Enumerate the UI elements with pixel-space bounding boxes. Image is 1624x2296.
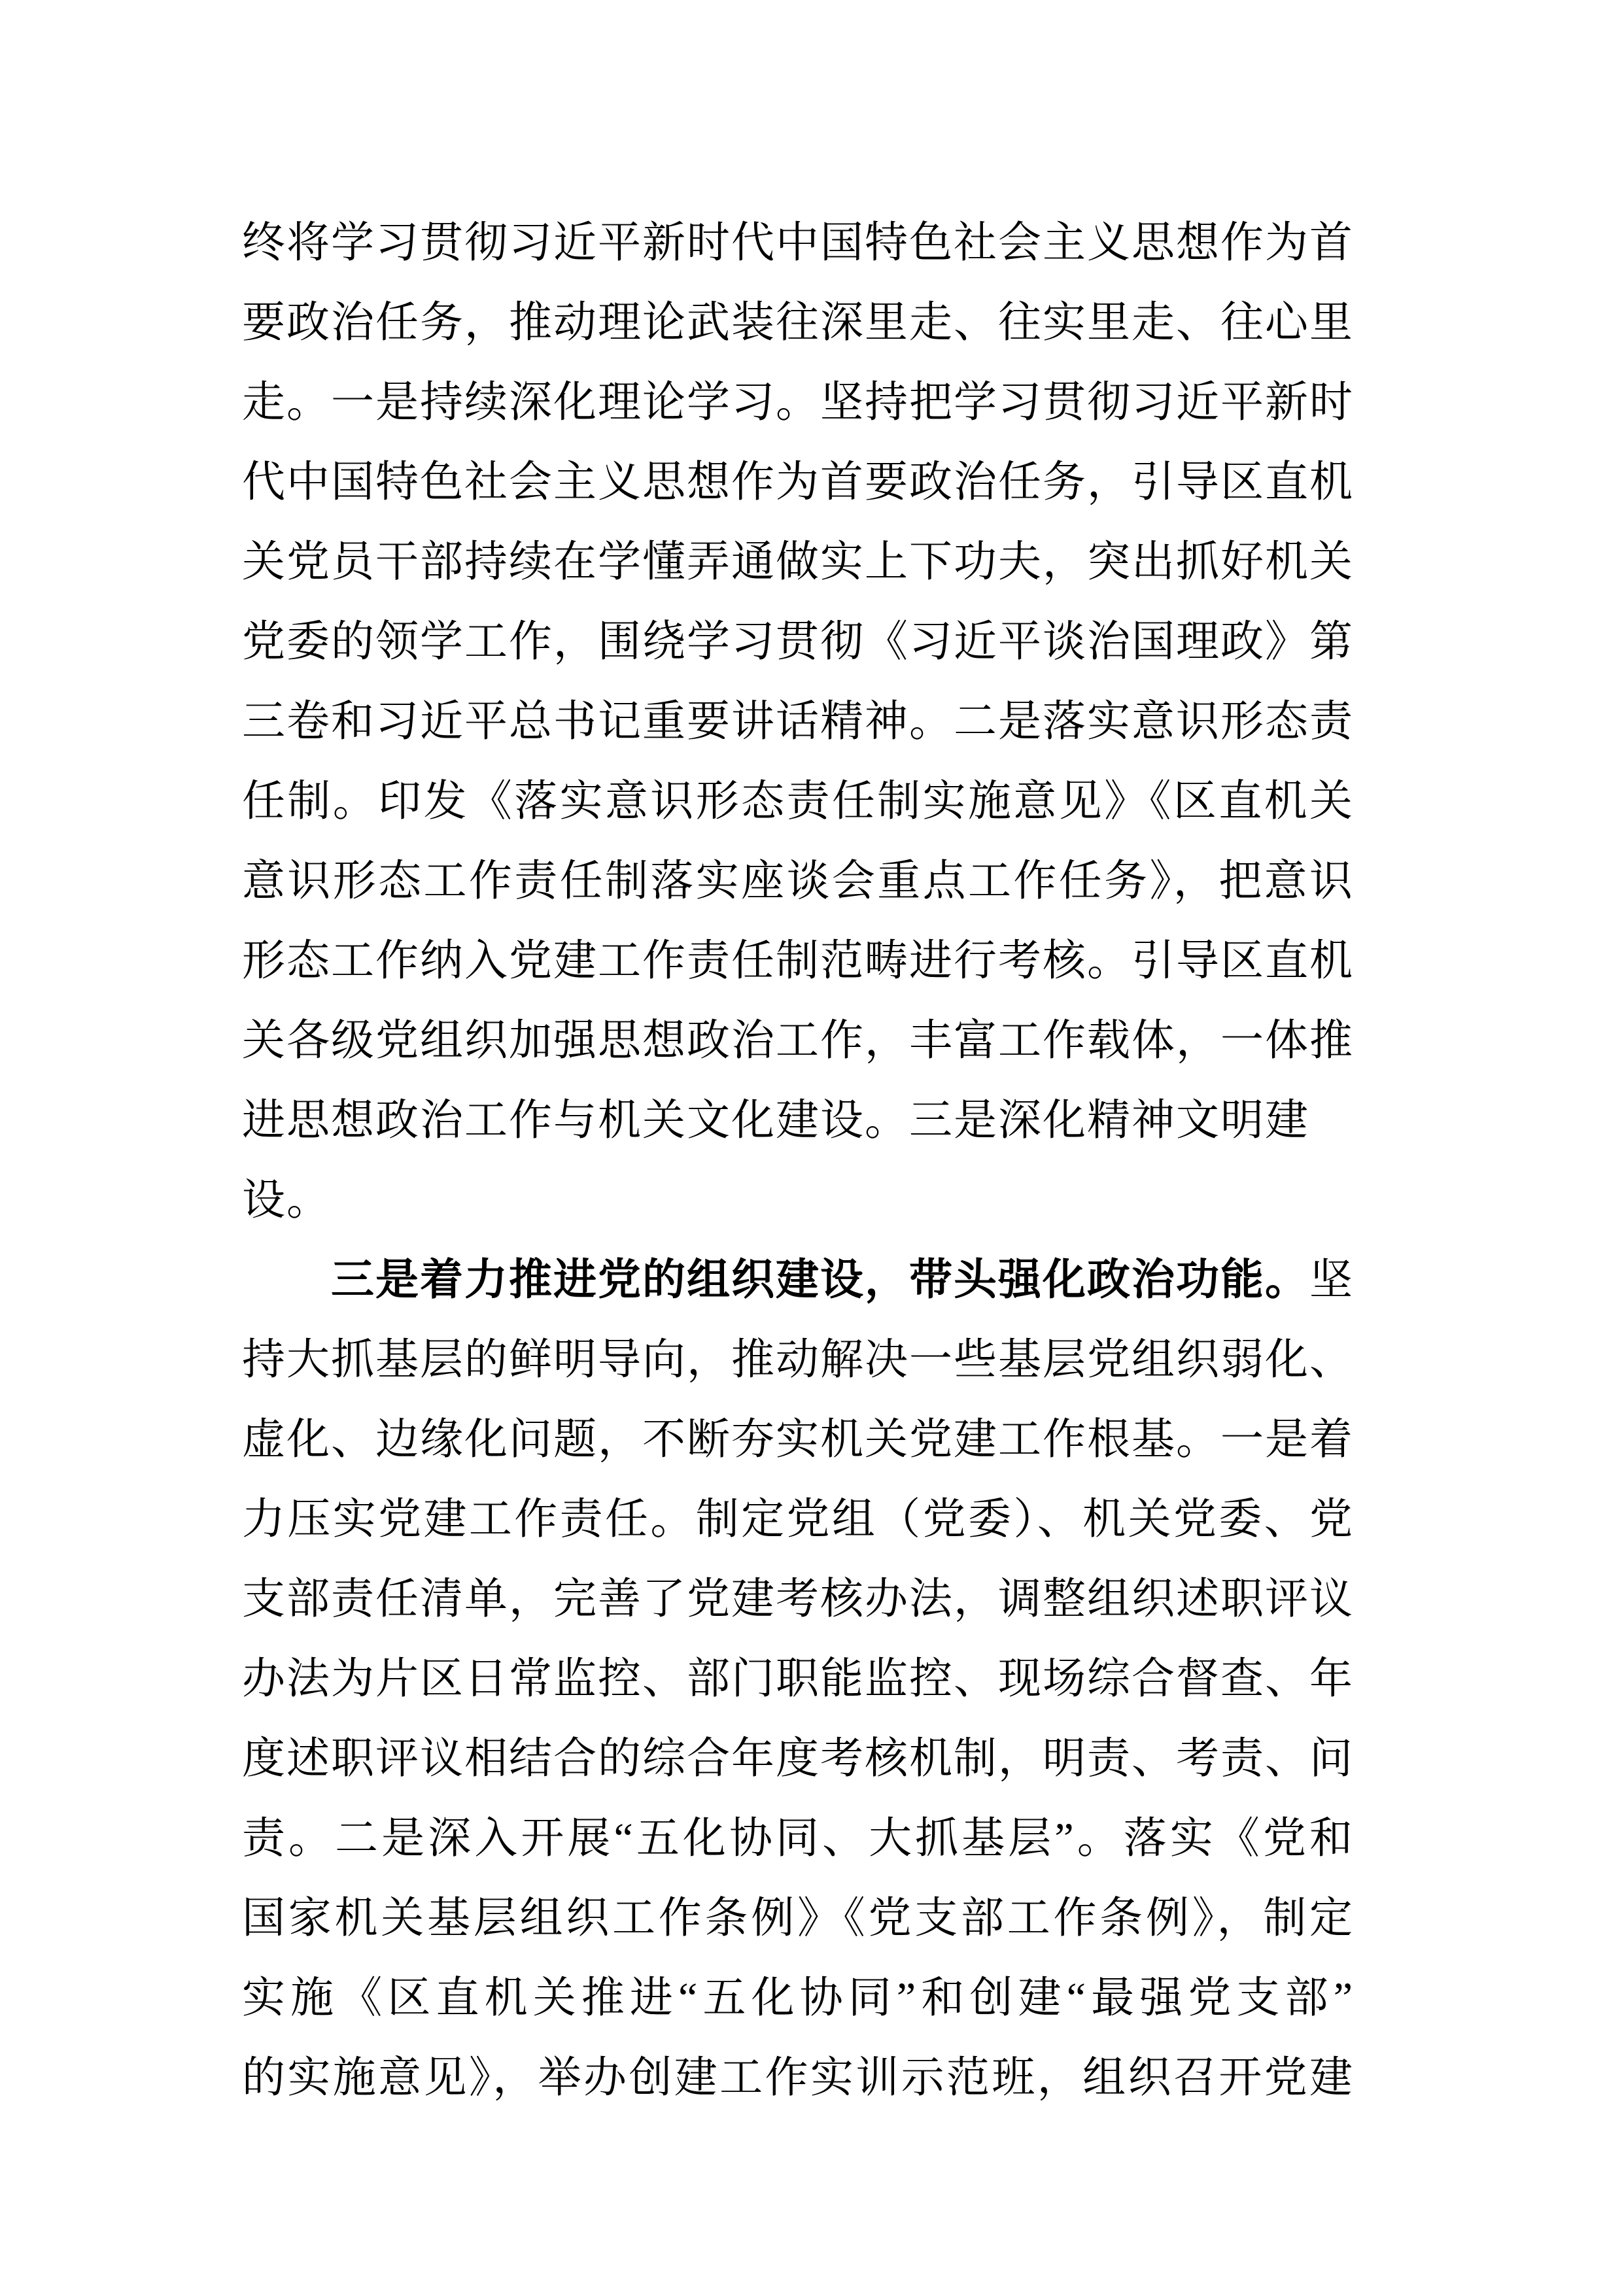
text-run: 终将学习贯彻习近平新时代中国特色社会主义思想作为首 (242, 219, 1354, 267)
text-run: 要政治任务，推动理论武装往深里走、往实里走、往心里 (242, 299, 1354, 347)
text-line: 任制。印发《落实意识形态责任制实施意见》《区直机关 (242, 762, 1354, 842)
text-line: 持大抓基层的鲜明导向，推动解决一些基层党组织弱化、 (242, 1320, 1354, 1400)
text-run: 关党员干部持续在学懂弄通做实上下功夫，突出抓好机关 (242, 538, 1354, 586)
text-line: 度述职评议相结合的综合年度考核机制，明责、考责、问 (242, 1719, 1354, 1799)
text-line: 力压实党建工作责任。制定党组（党委）、机关党委、党 (242, 1480, 1354, 1560)
text-line: 意识形态工作责任制落实座谈会重点工作任务》，把意识 (242, 842, 1354, 921)
text-run: 责。二是深入开展“五化协同、大抓基层”。落实《党和 (242, 1815, 1354, 1862)
text-run: 任制。印发《落实意识形态责任制实施意见》《区直机关 (242, 778, 1354, 825)
text-run: 持大抓基层的鲜明导向，推动解决一些基层党组织弱化、 (242, 1336, 1354, 1384)
text-run: 设。 (242, 1176, 331, 1224)
text-run: 关各级党组织加强思想政治工作，丰富工作载体，一体推 (242, 1017, 1354, 1065)
paragraph-1: 终将学习贯彻习近平新时代中国特色社会主义思想作为首要政治任务，推动理论武装往深里… (242, 203, 1354, 1241)
paragraph-2: 三是着力推进党的组织建设，带头强化政治功能。坚持大抓基层的鲜明导向，推动解决一些… (242, 1241, 1354, 2118)
text-run: 走。一是持续深化理论学习。坚持把学习贯彻习近平新时 (242, 379, 1354, 426)
text-line: 党委的领学工作，围绕学习贯彻《习近平谈治国理政》第 (242, 602, 1354, 682)
text-run-bold: 三是着力推进党的组织建设，带头强化政治功能。 (331, 1256, 1309, 1304)
text-line: 关党员干部持续在学懂弄通做实上下功夫，突出抓好机关 (242, 523, 1354, 602)
document-text: 终将学习贯彻习近平新时代中国特色社会主义思想作为首要政治任务，推动理论武装往深里… (242, 203, 1354, 2118)
text-line: 三是着力推进党的组织建设，带头强化政治功能。坚 (242, 1241, 1354, 1320)
text-run: 度述职评议相结合的综合年度考核机制，明责、考责、问 (242, 1735, 1354, 1783)
text-line: 国家机关基层组织工作条例》《党支部工作条例》，制定 (242, 1879, 1354, 1959)
text-run: 三卷和习近平总书记重要讲话精神。二是落实意识形态责 (242, 698, 1354, 745)
text-line: 终将学习贯彻习近平新时代中国特色社会主义思想作为首 (242, 203, 1354, 283)
text-line: 办法为片区日常监控、部门职能监控、现场综合督查、年 (242, 1639, 1354, 1719)
text-run: 意识形态工作责任制落实座谈会重点工作任务》，把意识 (242, 857, 1354, 905)
text-line: 形态工作纳入党建工作责任制范畴进行考核。引导区直机 (242, 921, 1354, 1001)
text-line: 设。 (242, 1161, 331, 1241)
text-line: 实施《区直机关推进“五化协同”和创建“最强党支部” (242, 1959, 1354, 2038)
text-line: 进思想政治工作与机关文化建设。三是深化精神文明建 (242, 1081, 1309, 1161)
text-run: 的实施意见》，举办创建工作实训示范班，组织召开党建 (242, 2054, 1354, 2102)
text-run: 虚化、边缘化问题，不断夯实机关党建工作根基。一是着 (242, 1416, 1354, 1464)
text-line: 走。一是持续深化理论学习。坚持把学习贯彻习近平新时 (242, 363, 1354, 443)
text-run: 形态工作纳入党建工作责任制范畴进行考核。引导区直机 (242, 937, 1354, 985)
text-run: 力压实党建工作责任。制定党组（党委）、机关党委、党 (242, 1496, 1354, 1543)
text-line: 要政治任务，推动理论武装往深里走、往实里走、往心里 (242, 283, 1354, 363)
text-line: 虚化、边缘化问题，不断夯实机关党建工作根基。一是着 (242, 1400, 1354, 1480)
text-run: 代中国特色社会主义思想作为首要政治任务，引导区直机 (242, 458, 1354, 506)
document-page: 终将学习贯彻习近平新时代中国特色社会主义思想作为首要政治任务，推动理论武装往深里… (0, 0, 1624, 2296)
text-line: 责。二是深入开展“五化协同、大抓基层”。落实《党和 (242, 1799, 1354, 1879)
text-run: 坚 (1309, 1256, 1354, 1304)
text-line: 的实施意见》，举办创建工作实训示范班，组织召开党建 (242, 2038, 1354, 2118)
text-run: 办法为片区日常监控、部门职能监控、现场综合督查、年 (242, 1655, 1354, 1703)
text-line: 代中国特色社会主义思想作为首要政治任务，引导区直机 (242, 443, 1354, 523)
text-run: 实施《区直机关推进“五化协同”和创建“最强党支部” (242, 1974, 1354, 2022)
text-line: 三卷和习近平总书记重要讲话精神。二是落实意识形态责 (242, 682, 1354, 762)
text-line: 关各级党组织加强思想政治工作，丰富工作载体，一体推 (242, 1001, 1354, 1081)
text-run: 支部责任清单，完善了党建考核办法，调整组织述职评议 (242, 1575, 1354, 1623)
text-run: 党委的领学工作，围绕学习贯彻《习近平谈治国理政》第 (242, 618, 1354, 666)
text-run: 进思想政治工作与机关文化建设。三是深化精神文明建 (242, 1097, 1309, 1144)
text-line: 支部责任清单，完善了党建考核办法，调整组织述职评议 (242, 1560, 1354, 1639)
text-run: 国家机关基层组织工作条例》《党支部工作条例》，制定 (242, 1894, 1354, 1942)
